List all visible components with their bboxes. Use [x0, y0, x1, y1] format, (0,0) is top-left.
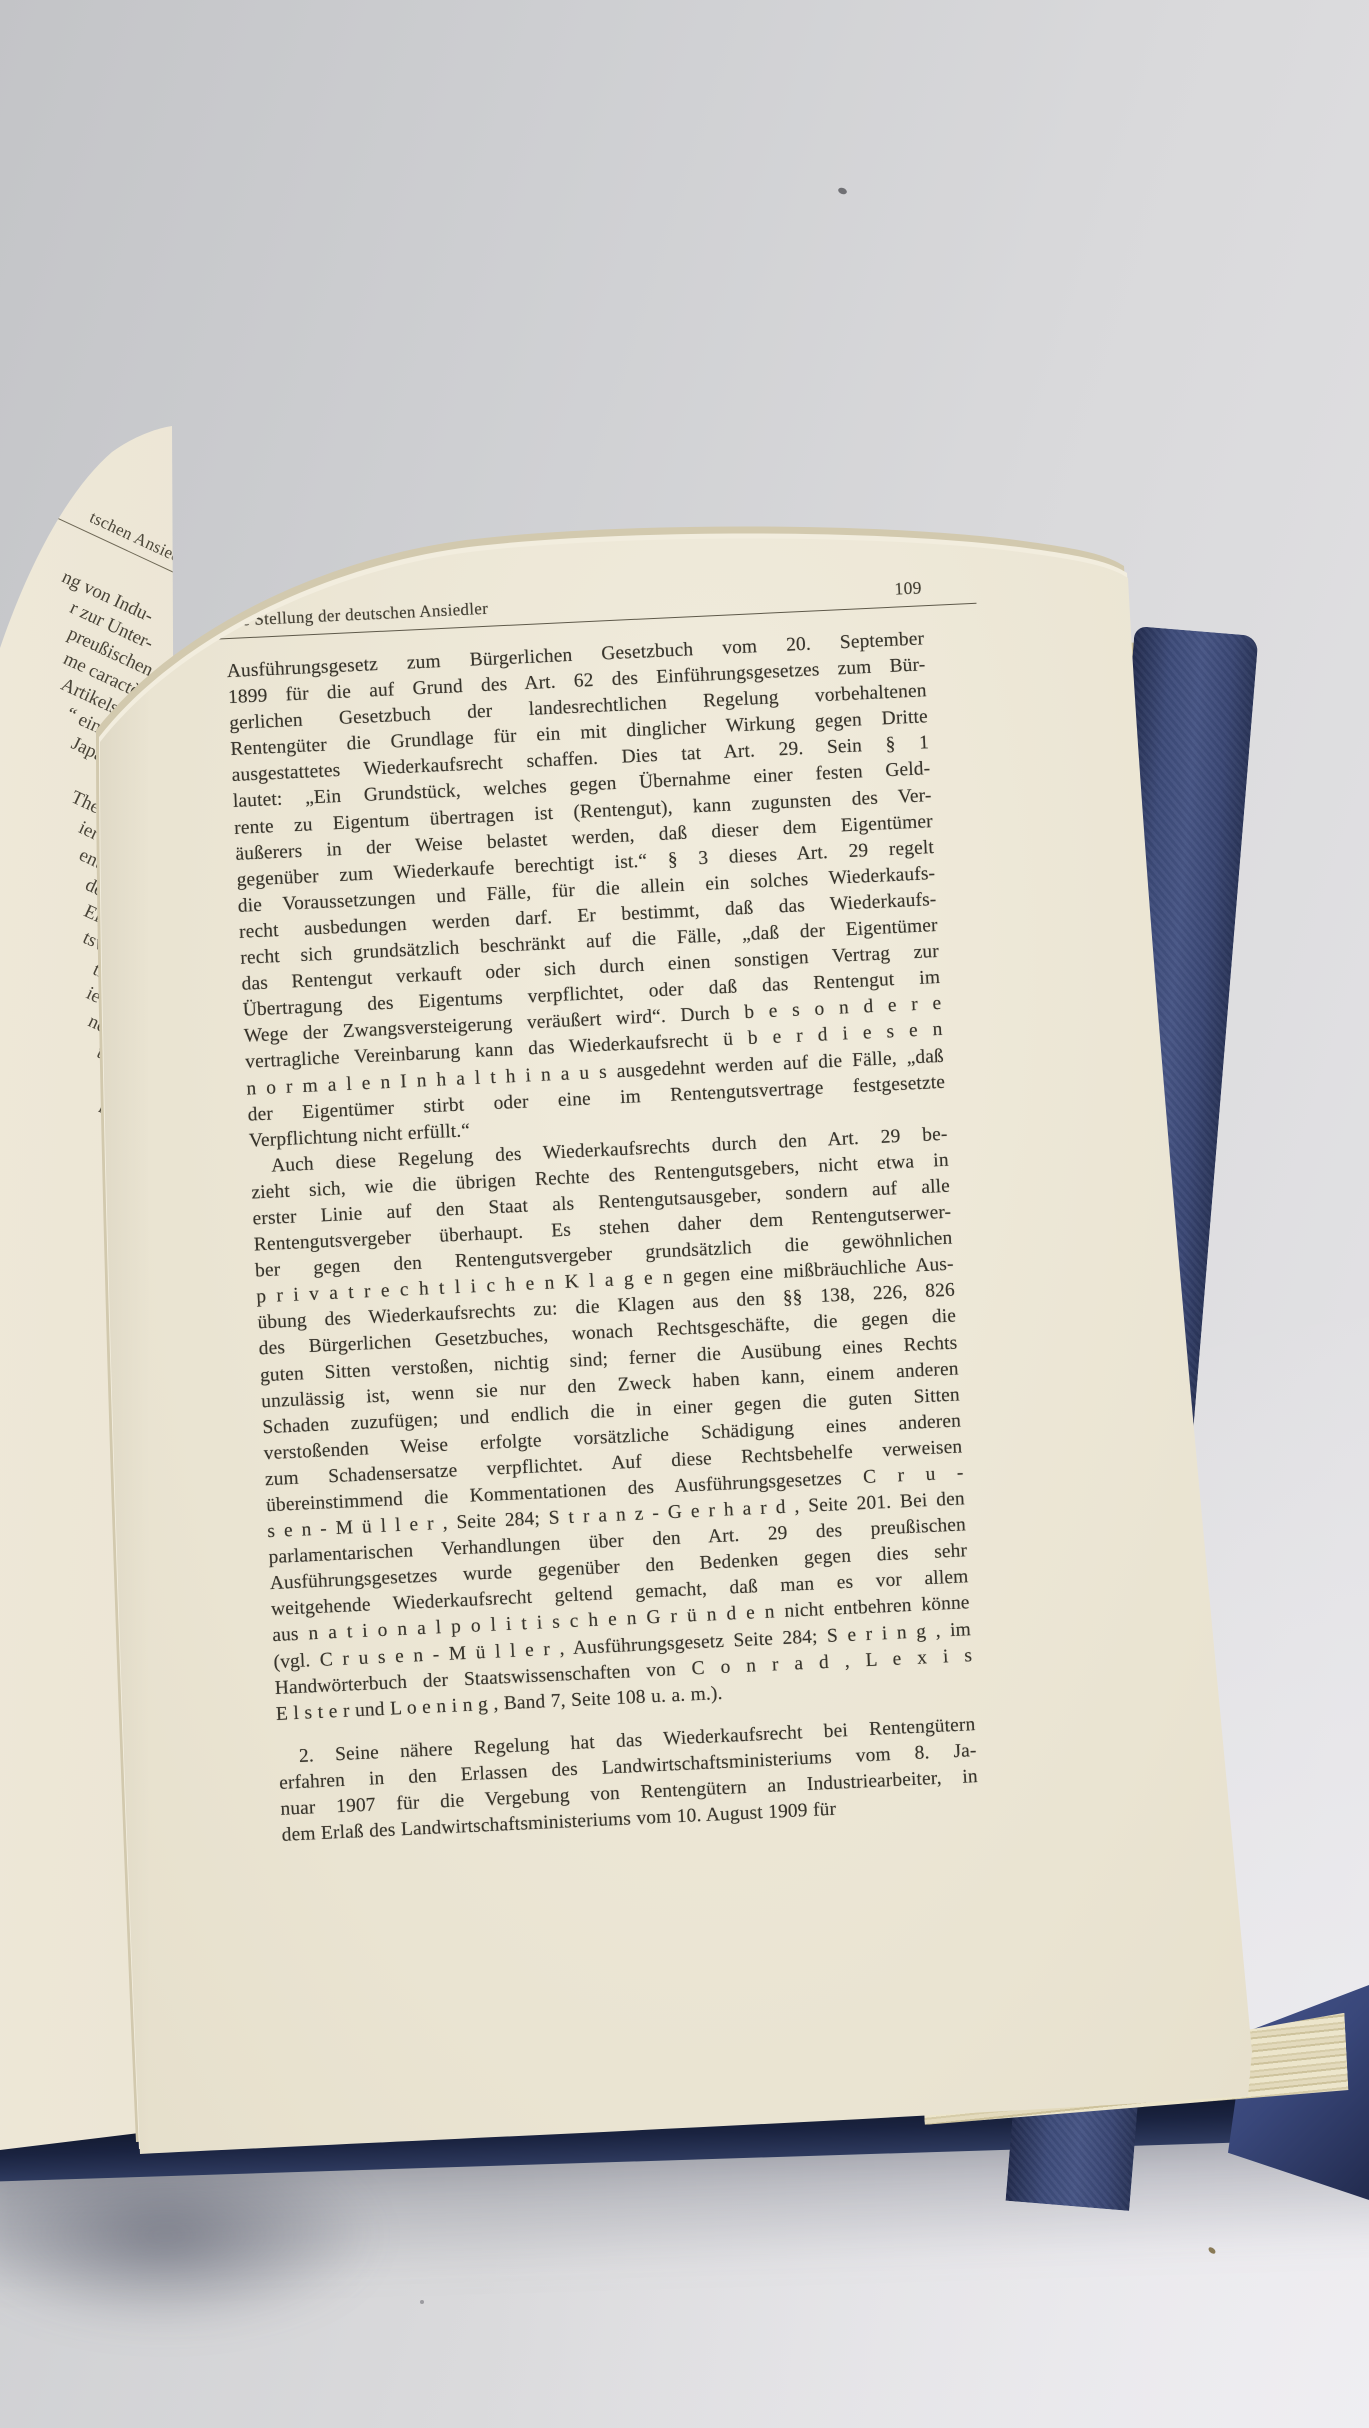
page-number: 109: [894, 577, 922, 599]
paragraph: 2. Seine nähere Regelung hat das Wiederk…: [277, 1712, 979, 1849]
photo-open-book: tschen Ansiedler ng von Indu-r zur Unter…: [0, 0, 1369, 2428]
paragraph: Auch diese Regelung des Wiederkaufsrecht…: [250, 1122, 974, 1728]
paragraph: Ausführungsgesetz zum Bürgerlichen Geset…: [226, 626, 947, 1154]
dust-speck: [420, 2300, 424, 2304]
page-text-area: Die Stellung der deutschen Ansiedler 109…: [186, 575, 1034, 1851]
page-body-text: Ausführungsgesetz zum Bürgerlichen Geset…: [187, 604, 1033, 1851]
